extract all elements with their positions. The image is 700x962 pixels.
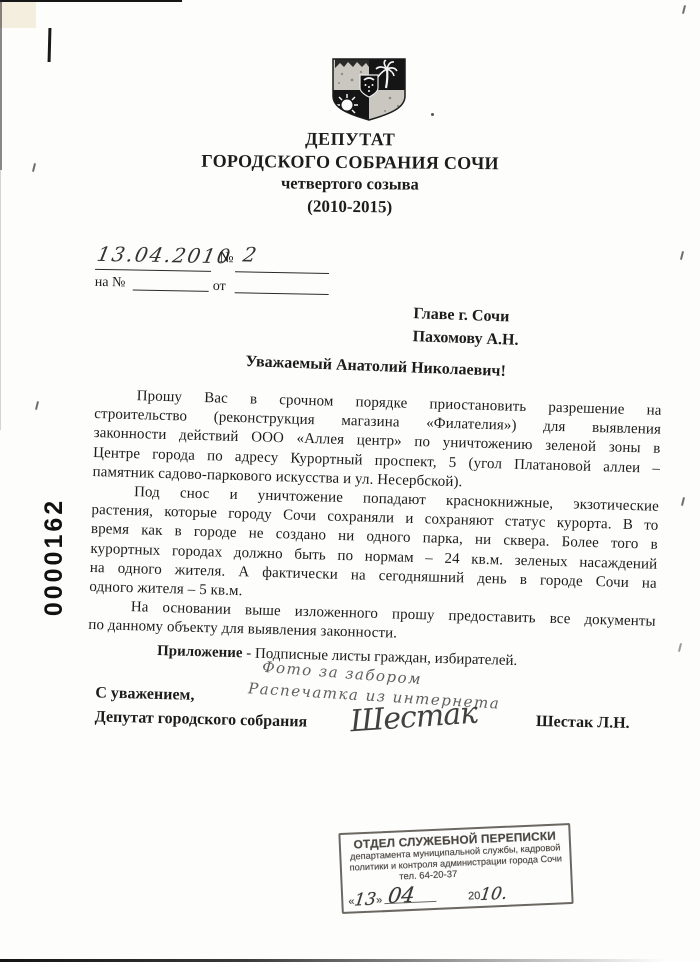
outgoing-number-handwritten: 2	[241, 242, 258, 266]
addressee-block: Главе г. Сочи Пахомову А.Н.	[412, 302, 519, 352]
from-label: от	[213, 279, 226, 295]
pen-tick-mark	[48, 28, 52, 62]
emblem-container	[330, 56, 408, 128]
signature-handwritten: Шестак	[349, 696, 478, 740]
reference-block: 13.04.2010 № 2 на № от	[94, 242, 340, 306]
body-paragraph-2: Под снос и уничтожение попадают краснокн…	[89, 482, 659, 613]
sochi-coat-of-arms-icon	[330, 56, 408, 123]
salutation: Уважаемый Анатолий Николаевич!	[245, 353, 506, 381]
stamp-year-handwritten: 10.	[479, 884, 509, 905]
stamp-day-handwritten: 13	[353, 889, 377, 910]
blank-line	[235, 292, 329, 295]
pen-slash-mark	[681, 497, 685, 506]
scanned-letter-page: ДЕПУТАТ ГОРОДСКОГО СОБРАНИЯ СОЧИ четверт…	[0, 0, 700, 962]
letterhead: ДЕПУТАТ ГОРОДСКОГО СОБРАНИЯ СОЧИ четверт…	[0, 125, 700, 221]
body-paragraph-1: Прошу Вас в срочном порядке приостановит…	[92, 386, 661, 498]
scan-top-edge	[0, 0, 182, 2]
blank-line	[95, 269, 211, 272]
stamp-month-handwritten: 04	[386, 883, 416, 908]
on-number-label: на №	[95, 275, 126, 292]
office-stamp: ОТДЕЛ СЛУЖЕБНОЙ ПЕРЕПИСКИ департамента м…	[338, 823, 573, 914]
registry-number-vertical: 0000162	[40, 482, 70, 632]
letter-body: Прошу Вас в срочном порядке приостановит…	[88, 386, 662, 651]
outgoing-date-handwritten: 13.04.2010	[95, 242, 234, 268]
closing-block: С уважением, Депутат городского собрания	[94, 681, 308, 734]
pen-slash-mark	[678, 643, 682, 652]
blank-line	[133, 290, 209, 292]
scan-corner-tint	[0, 0, 36, 28]
blank-line	[235, 271, 329, 274]
pen-slash-mark	[680, 251, 684, 260]
pen-slash-mark	[35, 401, 39, 410]
letterhead-years: (2010-2015)	[0, 192, 700, 221]
addressee-name: Пахомову А.Н.	[412, 325, 519, 352]
attachment-label: Приложение	[157, 643, 243, 661]
stamp-quote-close: »	[376, 894, 383, 906]
closing-name: Шестак Л.Н.	[536, 713, 630, 733]
number-sign: №	[219, 250, 234, 267]
pen-slash-mark	[682, 5, 686, 14]
closing-position: Депутат городского собрания	[94, 705, 307, 734]
ink-speck	[431, 113, 434, 116]
